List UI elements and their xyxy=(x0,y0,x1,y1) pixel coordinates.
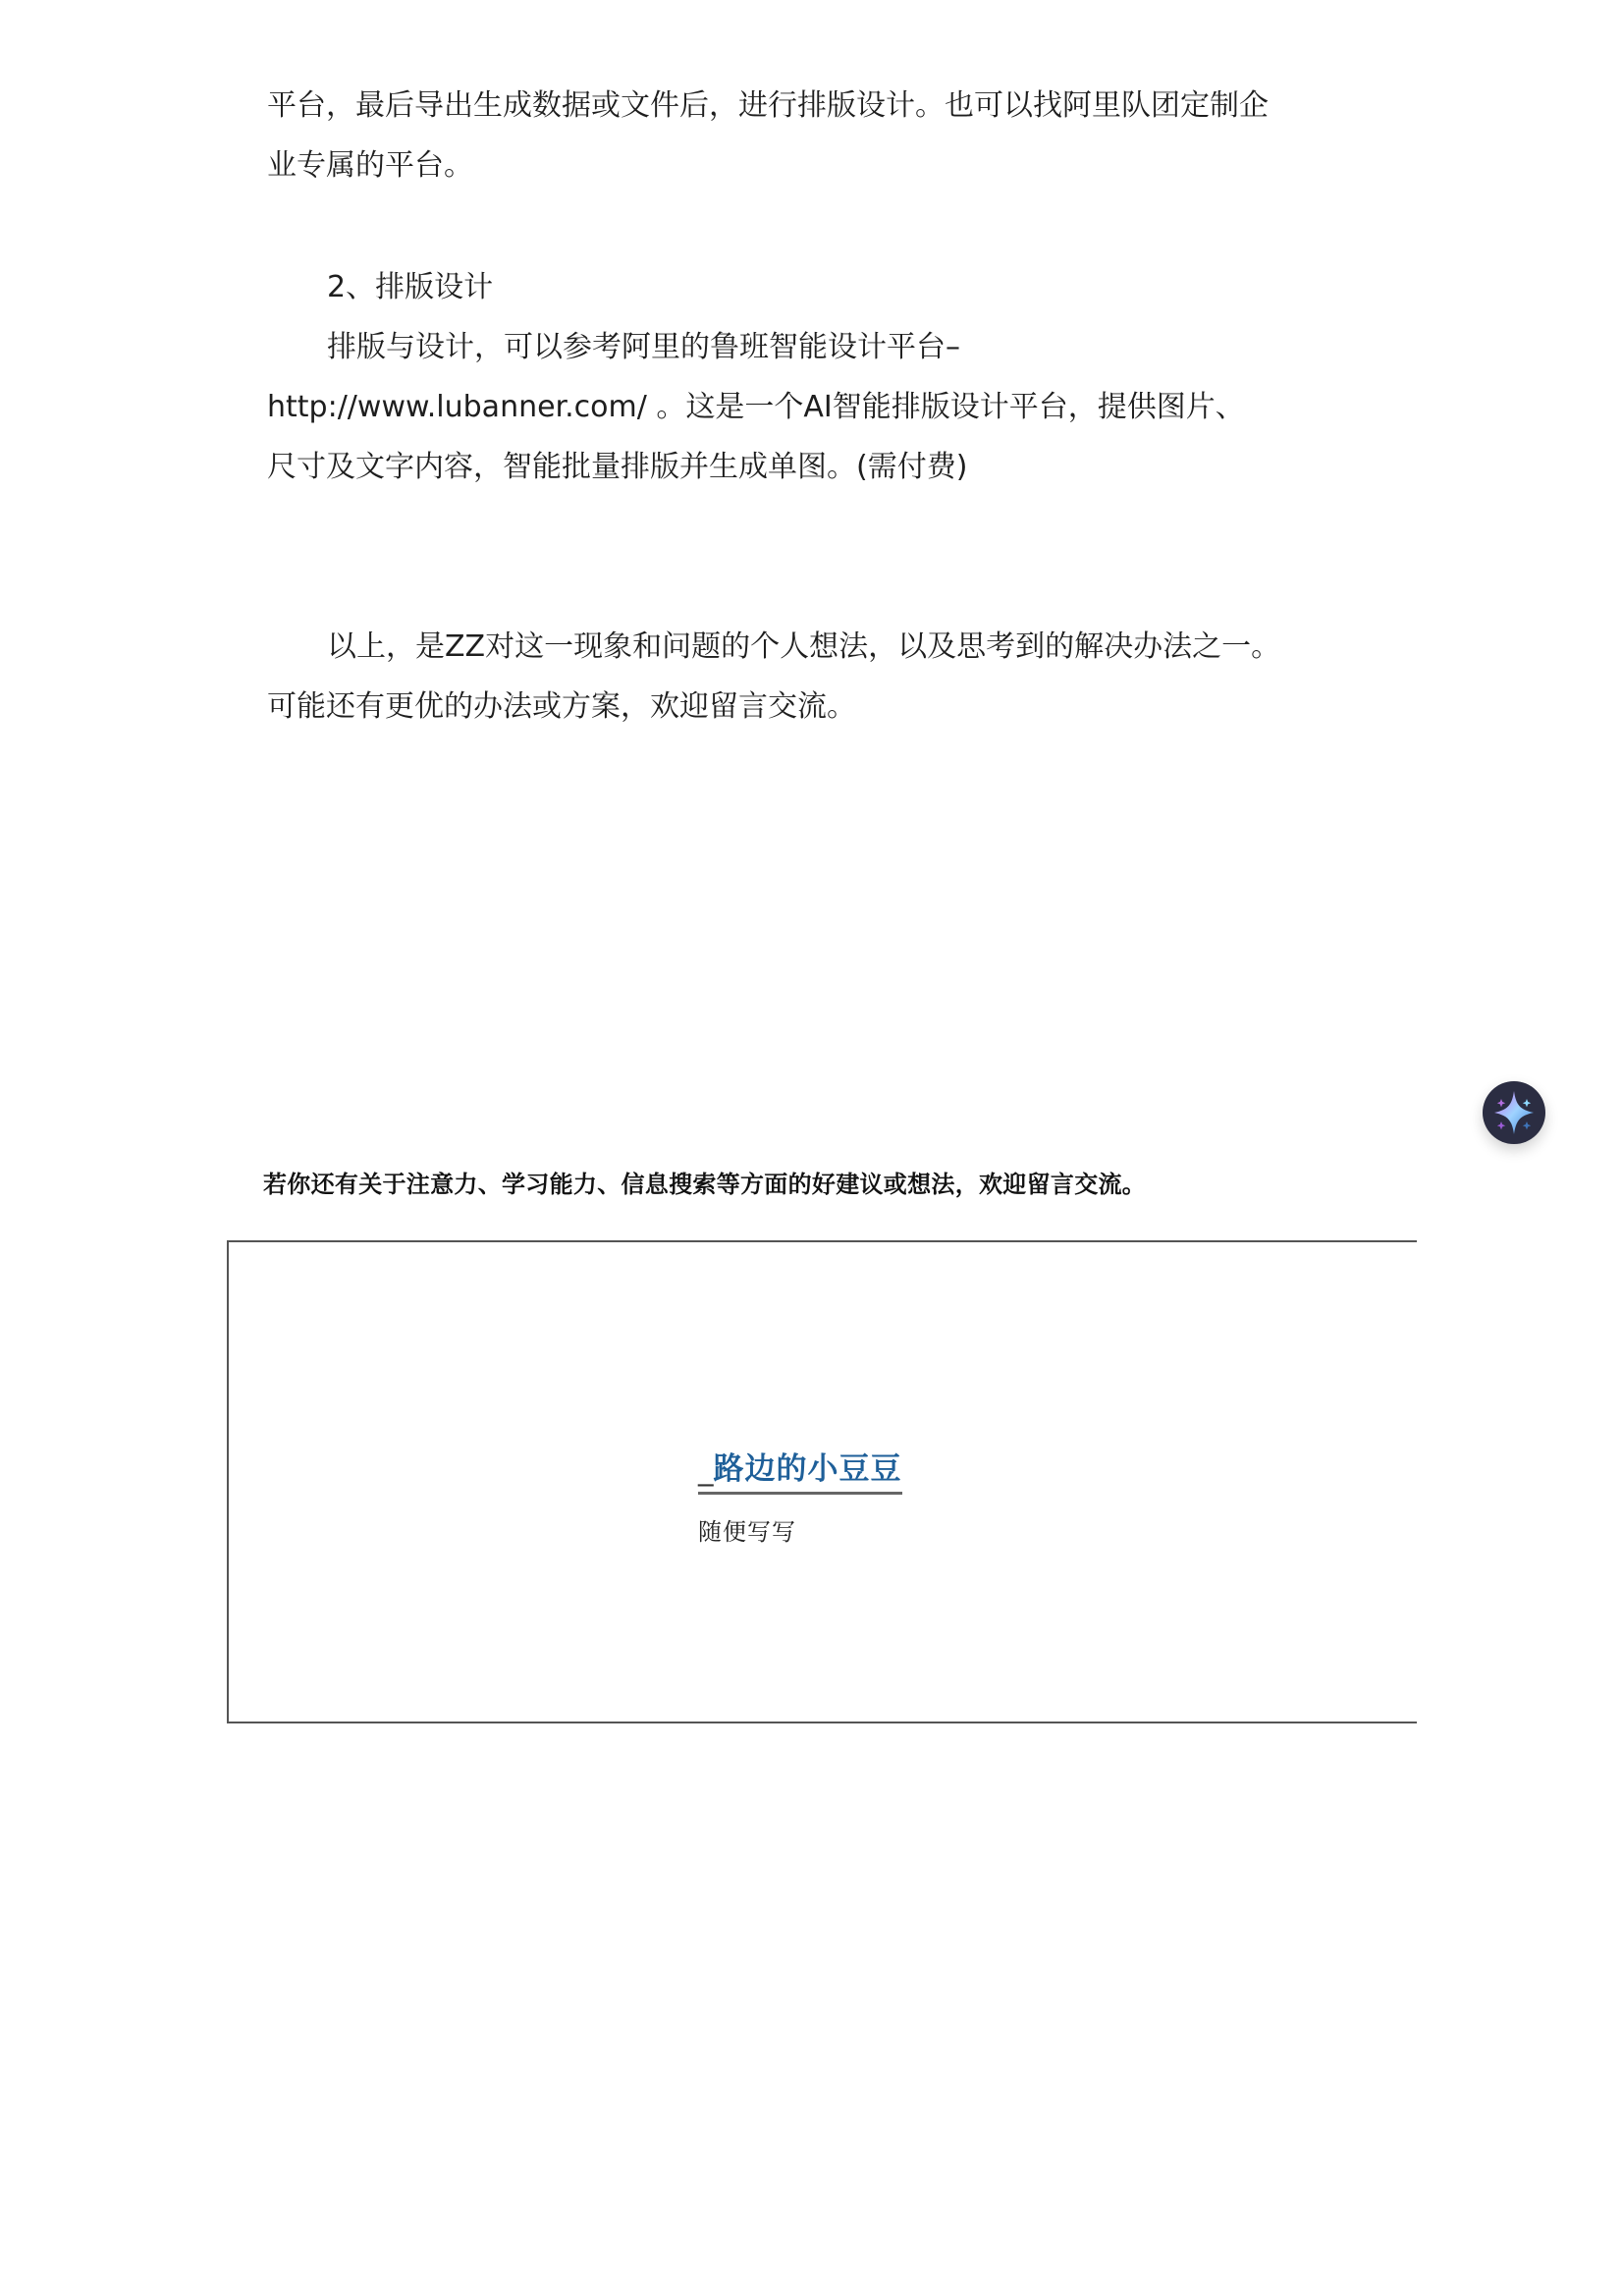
lubanner-link[interactable]: http://www.lubanner.com/ xyxy=(267,390,647,424)
text-line: http://www.lubanner.com/ 。这是一个AI智能排版设计平台… xyxy=(267,377,1367,437)
profile-title-row: _路边的小豆豆 xyxy=(698,1444,902,1495)
text-line-justified: 排版与设计，可以参考阿里的鲁班智能设计平台– xyxy=(267,317,1367,377)
text-char: 考 xyxy=(592,317,622,377)
text-char: 鲁 xyxy=(710,317,739,377)
text-char: 的 xyxy=(680,317,710,377)
text-char: 台 xyxy=(916,317,946,377)
text-line: 业专属的平台。 xyxy=(267,136,1367,195)
text-char: 平 xyxy=(887,317,916,377)
text-fragment: 。这是一个AI智能排版设计平台，提供图片、 xyxy=(647,390,1245,424)
text-char: 与 xyxy=(386,317,415,377)
text-char: 设 xyxy=(828,317,857,377)
paragraph-conclusion: 以上，是ZZ对这一现象和问题的个人想法，以及思考到的解决办法之一。 可能还有更优… xyxy=(267,617,1367,737)
paragraph-layout-design: 排版与设计，可以参考阿里的鲁班智能设计平台– http://www.lubann… xyxy=(267,317,1367,497)
profile-content: _路边的小豆豆 随便写写 xyxy=(698,1444,902,1547)
paragraph-platform: 平台，最后导出生成数据或文件后，进行排版设计。也可以找阿里队团定制企 业专属的平… xyxy=(267,76,1367,195)
profile-prefix: _ xyxy=(698,1451,714,1487)
text-char: 以 xyxy=(533,317,563,377)
profile-name-link[interactable]: 路边的小豆豆 xyxy=(714,1451,902,1487)
text-char: 参 xyxy=(563,317,592,377)
text-line: 可能还有更优的办法或方案，欢迎留言交流。 xyxy=(267,677,1367,737)
text-char: 能 xyxy=(798,317,828,377)
sparkle-icon xyxy=(1487,1085,1541,1140)
text-line: 尺寸及文字内容，智能批量排版并生成单图。(需付费) xyxy=(267,437,1367,497)
text-char: – xyxy=(946,317,960,377)
text-char: 里 xyxy=(651,317,680,377)
text-char: 班 xyxy=(739,317,769,377)
text-char: ， xyxy=(474,317,504,377)
text-char: 版 xyxy=(356,317,386,377)
text-line: 平台，最后导出生成数据或文件后，进行排版设计。也可以找阿里队团定制企 xyxy=(267,76,1367,136)
text-char: 计 xyxy=(857,317,887,377)
text-char: 设 xyxy=(415,317,445,377)
text-char: 排 xyxy=(327,317,356,377)
profile-subtitle: 随便写写 xyxy=(698,1512,902,1547)
text-line: 以上，是ZZ对这一现象和问题的个人想法，以及思考到的解决办法之一。 xyxy=(267,617,1367,677)
text-char: 智 xyxy=(769,317,798,377)
section-heading: 2、排版设计 xyxy=(267,257,1427,317)
ai-assistant-button[interactable] xyxy=(1483,1081,1545,1144)
author-profile-card[interactable]: _路边的小豆豆 随便写写 xyxy=(227,1240,1417,1723)
text-char: 阿 xyxy=(622,317,651,377)
text-char: 可 xyxy=(504,317,533,377)
text-char: 计 xyxy=(445,317,474,377)
footer-note: 若你还有关于注意力、学习能力、信息搜索等方面的好建议或想法，欢迎留言交流。 xyxy=(263,1165,1146,1199)
